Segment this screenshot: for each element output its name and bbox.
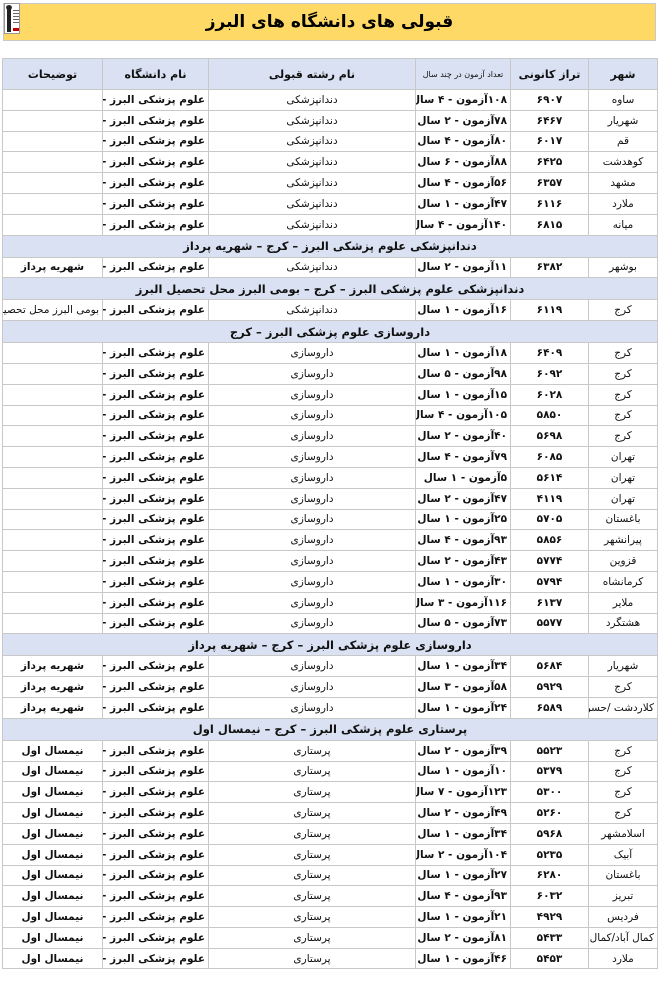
major-cell: دندانپزشکی: [209, 214, 416, 235]
major-cell: داروسازی: [209, 677, 416, 698]
major-cell: پرستاری: [209, 823, 416, 844]
city-cell: شهریار: [589, 656, 658, 677]
exams-cell: ۷۹آزمون - ۴ سال: [416, 447, 511, 468]
table-row: تهران۶۰۸۵۷۹آزمون - ۴ سالداروسازیعلوم پزش…: [3, 447, 658, 468]
city-cell: تهران: [589, 447, 658, 468]
score-cell: ۶۳۸۲: [511, 257, 589, 278]
notes-cell: نیمسال اول: [3, 886, 103, 907]
major-cell: دندانپزشکی: [209, 90, 416, 111]
table-row: کرج۵۶۹۸۴۰آزمون - ۲ سالداروسازیعلوم پزشکی…: [3, 426, 658, 447]
major-cell: پرستاری: [209, 740, 416, 761]
city-cell: تبریز: [589, 886, 658, 907]
score-cell: ۵۴۳۳: [511, 927, 589, 948]
exams-cell: ۳۹آزمون - ۲ سال: [416, 740, 511, 761]
university-cell: علوم پزشکی البرز - کرج: [103, 865, 209, 886]
score-cell: ۴۹۲۹: [511, 907, 589, 928]
notes-cell: نیمسال اول: [3, 907, 103, 928]
major-cell: پرستاری: [209, 886, 416, 907]
exams-cell: ۳۴آزمون - ۱ سال: [416, 656, 511, 677]
city-cell: کرج: [589, 426, 658, 447]
exams-cell: ۱۸آزمون - ۱ سال: [416, 343, 511, 364]
score-cell: ۶۲۸۰: [511, 865, 589, 886]
city-cell: کمال آباد/کمال شهر: [589, 927, 658, 948]
notes-cell: نیمسال اول: [3, 740, 103, 761]
university-cell: علوم پزشکی البرز - کرج: [103, 530, 209, 551]
university-cell: علوم پزشکی البرز - کرج: [103, 907, 209, 928]
university-cell: علوم پزشکی البرز - کرج: [103, 761, 209, 782]
major-cell: داروسازی: [209, 488, 416, 509]
city-cell: کرج: [589, 363, 658, 384]
exams-cell: ۴۷آزمون - ۱ سال: [416, 193, 511, 214]
notes-cell: [3, 426, 103, 447]
city-cell: قزوین: [589, 551, 658, 572]
score-cell: ۵۹۶۸: [511, 823, 589, 844]
score-cell: ۵۸۵۶: [511, 530, 589, 551]
notes-cell: [3, 613, 103, 634]
university-cell: علوم پزشکی البرز - کرج: [103, 426, 209, 447]
table-row: ملارد۶۱۱۶۴۷آزمون - ۱ سالدندانپزشکیعلوم پ…: [3, 193, 658, 214]
exams-cell: ۱۱۶آزمون - ۳ سال: [416, 592, 511, 613]
city-cell: کرج: [589, 803, 658, 824]
major-cell: پرستاری: [209, 948, 416, 969]
major-cell: داروسازی: [209, 571, 416, 592]
exams-cell: ۷۸آزمون - ۲ سال: [416, 110, 511, 131]
university-cell: علوم پزشکی البرز - کرج: [103, 613, 209, 634]
major-cell: دندانپزشکی: [209, 152, 416, 173]
table-row: مشهد۶۳۵۷۵۶آزمون - ۴ سالدندانپزشکیعلوم پز…: [3, 173, 658, 194]
university-cell: علوم پزشکی البرز - کرج: [103, 697, 209, 718]
col-header-exams: تعداد آزمون در چند سال: [416, 59, 511, 90]
university-cell: علوم پزشکی البرز - کرج: [103, 823, 209, 844]
major-cell: پرستاری: [209, 844, 416, 865]
section-header-row: داروسازی علوم پزشکی البرز – کرج – شهریه …: [3, 634, 658, 656]
university-cell: علوم پزشکی البرز - کرج: [103, 90, 209, 111]
exams-cell: ۴۳آزمون - ۲ سال: [416, 551, 511, 572]
major-cell: داروسازی: [209, 613, 416, 634]
score-cell: ۵۶۱۴: [511, 467, 589, 488]
table-row: قزوین۵۷۷۴۴۳آزمون - ۲ سالداروسازیعلوم پزش…: [3, 551, 658, 572]
score-cell: ۶۴۰۹: [511, 343, 589, 364]
university-cell: علوم پزشکی البرز - کرج: [103, 214, 209, 235]
exams-cell: ۱۶آزمون - ۱ سال: [416, 300, 511, 321]
major-cell: داروسازی: [209, 656, 416, 677]
notes-cell: [3, 530, 103, 551]
major-cell: پرستاری: [209, 865, 416, 886]
city-cell: شهریار: [589, 110, 658, 131]
table-row: کرج۶۰۲۸۱۵آزمون - ۱ سالداروسازیعلوم پزشکی…: [3, 384, 658, 405]
notes-cell: شهریه پرداز: [3, 697, 103, 718]
col-header-university: نام دانشگاه: [103, 59, 209, 90]
major-cell: دندانپزشکی: [209, 300, 416, 321]
city-cell: کرج: [589, 343, 658, 364]
city-cell: کرج: [589, 782, 658, 803]
col-header-score: تراز کانونی: [511, 59, 589, 90]
notes-cell: [3, 509, 103, 530]
university-cell: علوم پزشکی البرز - کرج: [103, 300, 209, 321]
city-cell: کرج: [589, 300, 658, 321]
university-cell: علوم پزشکی البرز - کرج: [103, 363, 209, 384]
university-cell: علوم پزشکی البرز - کرج: [103, 782, 209, 803]
admissions-table: شهر تراز کانونی تعداد آزمون در چند سال ن…: [2, 58, 658, 969]
university-cell: علوم پزشکی البرز - کرج: [103, 447, 209, 468]
major-cell: داروسازی: [209, 592, 416, 613]
table-row: باغستان۶۲۸۰۲۷آزمون - ۱ سالپرستاریعلوم پز…: [3, 865, 658, 886]
university-cell: علوم پزشکی البرز - کرج: [103, 844, 209, 865]
city-cell: بوشهر: [589, 257, 658, 278]
university-cell: علوم پزشکی البرز - کرج: [103, 948, 209, 969]
table-row: تهران۴۱۱۹۴۷آزمون - ۲ سالداروسازیعلوم پزش…: [3, 488, 658, 509]
notes-cell: شهریه پرداز: [3, 677, 103, 698]
table-row: کرمانشاه۵۷۹۴۳۰آزمون - ۱ سالداروسازیعلوم …: [3, 571, 658, 592]
score-cell: ۶۰۸۵: [511, 447, 589, 468]
exams-cell: ۵۶آزمون - ۴ سال: [416, 173, 511, 194]
city-cell: اسلامشهر: [589, 823, 658, 844]
score-cell: ۵۶۸۴: [511, 656, 589, 677]
score-cell: ۵۷۰۵: [511, 509, 589, 530]
exams-cell: ۱۰آزمون - ۱ سال: [416, 761, 511, 782]
section-header-row: داروسازی علوم پزشکی البرز – کرج: [3, 321, 658, 343]
exams-cell: ۵۸آزمون - ۳ سال: [416, 677, 511, 698]
score-cell: ۶۱۱۶: [511, 193, 589, 214]
table-row: ملایر۶۱۳۷۱۱۶آزمون - ۳ سالداروسازیعلوم پز…: [3, 592, 658, 613]
university-cell: علوم پزشکی البرز - کرج: [103, 257, 209, 278]
score-cell: ۶۰۹۲: [511, 363, 589, 384]
university-cell: علوم پزشکی البرز - کرج: [103, 551, 209, 572]
score-cell: ۵۷۷۴: [511, 551, 589, 572]
major-cell: دندانپزشکی: [209, 110, 416, 131]
city-cell: کرج: [589, 761, 658, 782]
notes-cell: [3, 488, 103, 509]
score-cell: ۵۹۲۹: [511, 677, 589, 698]
city-cell: قم: [589, 131, 658, 152]
university-cell: علوم پزشکی البرز - کرج: [103, 131, 209, 152]
notes-cell: نیمسال اول: [3, 844, 103, 865]
exams-cell: ۹۳آزمون - ۴ سال: [416, 886, 511, 907]
major-cell: داروسازی: [209, 551, 416, 572]
exams-cell: ۳۴آزمون - ۱ سال: [416, 823, 511, 844]
table-row: شهریار۵۶۸۴۳۴آزمون - ۱ سالداروسازیعلوم پز…: [3, 656, 658, 677]
score-cell: ۶۳۵۷: [511, 173, 589, 194]
notes-cell: [3, 467, 103, 488]
col-header-notes: توضیحات: [3, 59, 103, 90]
table-row: کلاردشت /حسن کیف۶۵۸۹۲۴آزمون - ۱ سالداروس…: [3, 697, 658, 718]
notes-cell: شهریه پرداز: [3, 656, 103, 677]
major-cell: دندانپزشکی: [209, 193, 416, 214]
major-cell: داروسازی: [209, 467, 416, 488]
major-cell: پرستاری: [209, 761, 416, 782]
exams-cell: ۲۱آزمون - ۱ سال: [416, 907, 511, 928]
university-cell: علوم پزشکی البرز - کرج: [103, 467, 209, 488]
table-row: کرج۶۱۱۹۱۶آزمون - ۱ سالدندانپزشکیعلوم پزش…: [3, 300, 658, 321]
notes-cell: [3, 131, 103, 152]
table-row: هشتگرد۵۵۷۷۷۳آزمون - ۵ سالداروسازیعلوم پز…: [3, 613, 658, 634]
section-title: دندانپزشکی علوم پزشکی البرز – کرج – شهری…: [3, 235, 658, 257]
exams-cell: ۱۵آزمون - ۱ سال: [416, 384, 511, 405]
exams-cell: ۴۰آزمون - ۲ سال: [416, 426, 511, 447]
table-row: کوهدشت۶۴۲۵۸۸آزمون - ۶ سالدندانپزشکیعلوم …: [3, 152, 658, 173]
major-cell: داروسازی: [209, 697, 416, 718]
city-cell: مشهد: [589, 173, 658, 194]
title-banner: قبولی های دانشگاه های البرز: [3, 3, 656, 41]
exams-cell: ۲۷آزمون - ۱ سال: [416, 865, 511, 886]
notes-cell: نیمسال اول: [3, 948, 103, 969]
notes-cell: [3, 110, 103, 131]
notes-cell: [3, 551, 103, 572]
major-cell: داروسازی: [209, 405, 416, 426]
table-row: کرج۶۰۹۲۹۸آزمون - ۵ سالداروسازیعلوم پزشکی…: [3, 363, 658, 384]
exams-cell: ۸۸آزمون - ۶ سال: [416, 152, 511, 173]
exams-cell: ۴۹آزمون - ۲ سال: [416, 803, 511, 824]
exams-cell: ۱۴۰آزمون - ۴ سال: [416, 214, 511, 235]
major-cell: داروسازی: [209, 384, 416, 405]
city-cell: باغستان: [589, 865, 658, 886]
notes-cell: شهریه پرداز: [3, 257, 103, 278]
score-cell: ۶۰۳۲: [511, 886, 589, 907]
university-cell: علوم پزشکی البرز - کرج: [103, 927, 209, 948]
score-cell: ۵۴۵۳: [511, 948, 589, 969]
notes-cell: [3, 405, 103, 426]
col-header-city: شهر: [589, 59, 658, 90]
university-cell: علوم پزشکی البرز - کرج: [103, 886, 209, 907]
score-cell: ۵۵۲۳: [511, 740, 589, 761]
city-cell: پیرانشهر: [589, 530, 658, 551]
score-cell: ۵۲۳۵: [511, 844, 589, 865]
table-row: کرج۶۴۰۹۱۸آزمون - ۱ سالداروسازیعلوم پزشکی…: [3, 343, 658, 364]
major-cell: داروسازی: [209, 363, 416, 384]
exams-cell: ۲۵آزمون - ۱ سال: [416, 509, 511, 530]
score-cell: ۵۳۰۰: [511, 782, 589, 803]
exams-cell: ۴۷آزمون - ۲ سال: [416, 488, 511, 509]
table-body: ساوه۶۹۰۷۱۰۸آزمون - ۴ سالدندانپزشکیعلوم پ…: [3, 90, 658, 969]
city-cell: کلاردشت /حسن کیف: [589, 697, 658, 718]
table-row: کمال آباد/کمال شهر۵۴۳۳۸۱آزمون - ۲ سالپرس…: [3, 927, 658, 948]
table-row: کرج۵۸۵۰۱۰۵آزمون - ۴ سالداروسازیعلوم پزشک…: [3, 405, 658, 426]
major-cell: داروسازی: [209, 530, 416, 551]
score-cell: ۵۵۷۷: [511, 613, 589, 634]
notes-cell: [3, 363, 103, 384]
table-row: کرج۵۳۷۹۱۰آزمون - ۱ سالپرستاریعلوم پزشکی …: [3, 761, 658, 782]
table-row: شهریار۶۴۶۷۷۸آزمون - ۲ سالدندانپزشکیعلوم …: [3, 110, 658, 131]
exams-cell: ۸۱آزمون - ۲ سال: [416, 927, 511, 948]
university-cell: علوم پزشکی البرز - کرج: [103, 488, 209, 509]
city-cell: میانه: [589, 214, 658, 235]
city-cell: تهران: [589, 488, 658, 509]
section-title: داروسازی علوم پزشکی البرز – کرج: [3, 321, 658, 343]
score-cell: ۶۴۶۷: [511, 110, 589, 131]
city-cell: تهران: [589, 467, 658, 488]
major-cell: داروسازی: [209, 447, 416, 468]
table-row: فردیس۴۹۲۹۲۱آزمون - ۱ سالپرستاریعلوم پزشک…: [3, 907, 658, 928]
university-cell: علوم پزشکی البرز - کرج: [103, 110, 209, 131]
exams-cell: ۵آزمون - ۱ سال: [416, 467, 511, 488]
table-row: بوشهر۶۳۸۲۱۱آزمون - ۲ سالدندانپزشکیعلوم پ…: [3, 257, 658, 278]
table-row: اسلامشهر۵۹۶۸۳۴آزمون - ۱ سالپرستاریعلوم پ…: [3, 823, 658, 844]
score-cell: ۶۰۱۷: [511, 131, 589, 152]
university-cell: علوم پزشکی البرز - کرج: [103, 509, 209, 530]
major-cell: دندانپزشکی: [209, 173, 416, 194]
score-cell: ۶۹۰۷: [511, 90, 589, 111]
school-logo-icon: [4, 3, 20, 34]
score-cell: ۴۱۱۹: [511, 488, 589, 509]
table-header-row: شهر تراز کانونی تعداد آزمون در چند سال ن…: [3, 59, 658, 90]
major-cell: دندانپزشکی: [209, 257, 416, 278]
score-cell: ۵۸۵۰: [511, 405, 589, 426]
university-cell: علوم پزشکی البرز - کرج: [103, 343, 209, 364]
major-cell: داروسازی: [209, 426, 416, 447]
col-header-major: نام رشته قبولی: [209, 59, 416, 90]
section-header-row: دندانپزشکی علوم پزشکی البرز – کرج – شهری…: [3, 235, 658, 257]
major-cell: دندانپزشکی: [209, 131, 416, 152]
university-cell: علوم پزشکی البرز - کرج: [103, 405, 209, 426]
score-cell: ۶۰۲۸: [511, 384, 589, 405]
page-title: قبولی های دانشگاه های البرز: [206, 12, 454, 32]
university-cell: علوم پزشکی البرز - کرج: [103, 152, 209, 173]
table-row: میانه۶۸۱۵۱۴۰آزمون - ۴ سالدندانپزشکیعلوم …: [3, 214, 658, 235]
notes-cell: نیمسال اول: [3, 761, 103, 782]
major-cell: پرستاری: [209, 907, 416, 928]
notes-cell: نیمسال اول: [3, 823, 103, 844]
score-cell: ۵۲۶۰: [511, 803, 589, 824]
notes-cell: [3, 152, 103, 173]
university-cell: علوم پزشکی البرز - کرج: [103, 656, 209, 677]
notes-cell: نیمسال اول: [3, 927, 103, 948]
score-cell: ۶۱۳۷: [511, 592, 589, 613]
major-cell: داروسازی: [209, 509, 416, 530]
notes-cell: [3, 447, 103, 468]
notes-cell: [3, 592, 103, 613]
exams-cell: ۱۰۴آزمون - ۲ سال: [416, 844, 511, 865]
notes-cell: نیمسال اول: [3, 803, 103, 824]
table-row: ملارد۵۴۵۳۴۶آزمون - ۱ سالپرستاریعلوم پزشک…: [3, 948, 658, 969]
notes-cell: [3, 173, 103, 194]
score-cell: ۵۳۷۹: [511, 761, 589, 782]
table-row: ساوه۶۹۰۷۱۰۸آزمون - ۴ سالدندانپزشکیعلوم پ…: [3, 90, 658, 111]
score-cell: ۵۶۹۸: [511, 426, 589, 447]
city-cell: آبیک: [589, 844, 658, 865]
table-row: کرج۵۳۰۰۱۲۳آزمون - ۷ سالپرستاریعلوم پزشکی…: [3, 782, 658, 803]
university-cell: علوم پزشکی البرز - کرج: [103, 173, 209, 194]
table-row: قم۶۰۱۷۸۰آزمون - ۴ سالدندانپزشکیعلوم پزشک…: [3, 131, 658, 152]
university-cell: علوم پزشکی البرز - کرج: [103, 592, 209, 613]
exams-cell: ۱۰۸آزمون - ۴ سال: [416, 90, 511, 111]
notes-cell: [3, 343, 103, 364]
city-cell: کوهدشت: [589, 152, 658, 173]
notes-cell: نیمسال اول: [3, 782, 103, 803]
exams-cell: ۹۳آزمون - ۴ سال: [416, 530, 511, 551]
city-cell: ملارد: [589, 948, 658, 969]
notes-cell: بومی البرز محل تحصیل البرز: [3, 300, 103, 321]
university-cell: علوم پزشکی البرز - کرج: [103, 740, 209, 761]
notes-cell: [3, 384, 103, 405]
exams-cell: ۹۸آزمون - ۵ سال: [416, 363, 511, 384]
score-cell: ۶۵۸۹: [511, 697, 589, 718]
city-cell: ساوه: [589, 90, 658, 111]
major-cell: داروسازی: [209, 343, 416, 364]
section-title: داروسازی علوم پزشکی البرز – کرج – شهریه …: [3, 634, 658, 656]
major-cell: پرستاری: [209, 782, 416, 803]
table-row: پیرانشهر۵۸۵۶۹۳آزمون - ۴ سالداروسازیعلوم …: [3, 530, 658, 551]
notes-cell: نیمسال اول: [3, 865, 103, 886]
table-row: تهران۵۶۱۴۵آزمون - ۱ سالداروسازیعلوم پزشک…: [3, 467, 658, 488]
university-cell: علوم پزشکی البرز - کرج: [103, 677, 209, 698]
exams-cell: ۸۰آزمون - ۴ سال: [416, 131, 511, 152]
city-cell: کرج: [589, 677, 658, 698]
city-cell: کرج: [589, 405, 658, 426]
score-cell: ۵۷۹۴: [511, 571, 589, 592]
notes-cell: [3, 90, 103, 111]
exams-cell: ۴۶آزمون - ۱ سال: [416, 948, 511, 969]
notes-cell: [3, 193, 103, 214]
major-cell: پرستاری: [209, 803, 416, 824]
city-cell: فردیس: [589, 907, 658, 928]
table-row: کرج۵۲۶۰۴۹آزمون - ۲ سالپرستاریعلوم پزشکی …: [3, 803, 658, 824]
exams-cell: ۳۰آزمون - ۱ سال: [416, 571, 511, 592]
city-cell: ملارد: [589, 193, 658, 214]
exams-cell: ۱۱آزمون - ۲ سال: [416, 257, 511, 278]
table-row: آبیک۵۲۳۵۱۰۴آزمون - ۲ سالپرستاریعلوم پزشک…: [3, 844, 658, 865]
city-cell: کرج: [589, 740, 658, 761]
exams-cell: ۲۴آزمون - ۱ سال: [416, 697, 511, 718]
exams-cell: ۱۰۵آزمون - ۴ سال: [416, 405, 511, 426]
city-cell: کرج: [589, 384, 658, 405]
score-cell: ۶۸۱۵: [511, 214, 589, 235]
city-cell: هشتگرد: [589, 613, 658, 634]
table-row: کرج۵۵۲۳۳۹آزمون - ۲ سالپرستاریعلوم پزشکی …: [3, 740, 658, 761]
exams-cell: ۷۳آزمون - ۵ سال: [416, 613, 511, 634]
section-header-row: دندانپزشکی علوم پزشکی البرز – کرج – بومی…: [3, 278, 658, 300]
section-title: دندانپزشکی علوم پزشکی البرز – کرج – بومی…: [3, 278, 658, 300]
city-cell: باغستان: [589, 509, 658, 530]
city-cell: ملایر: [589, 592, 658, 613]
section-header-row: پرستاری علوم پزشکی البرز – کرج – نیمسال …: [3, 718, 658, 740]
university-cell: علوم پزشکی البرز - کرج: [103, 193, 209, 214]
table-row: کرج۵۹۲۹۵۸آزمون - ۳ سالداروسازیعلوم پزشکی…: [3, 677, 658, 698]
table-row: تبریز۶۰۳۲۹۳آزمون - ۴ سالپرستاریعلوم پزشک…: [3, 886, 658, 907]
table-row: باغستان۵۷۰۵۲۵آزمون - ۱ سالداروسازیعلوم پ…: [3, 509, 658, 530]
university-cell: علوم پزشکی البرز - کرج: [103, 803, 209, 824]
university-cell: علوم پزشکی البرز - کرج: [103, 571, 209, 592]
city-cell: کرمانشاه: [589, 571, 658, 592]
exams-cell: ۱۲۳آزمون - ۷ سال: [416, 782, 511, 803]
score-cell: ۶۴۲۵: [511, 152, 589, 173]
section-title: پرستاری علوم پزشکی البرز – کرج – نیمسال …: [3, 718, 658, 740]
notes-cell: [3, 571, 103, 592]
score-cell: ۶۱۱۹: [511, 300, 589, 321]
major-cell: پرستاری: [209, 927, 416, 948]
university-cell: علوم پزشکی البرز - کرج: [103, 384, 209, 405]
notes-cell: [3, 214, 103, 235]
